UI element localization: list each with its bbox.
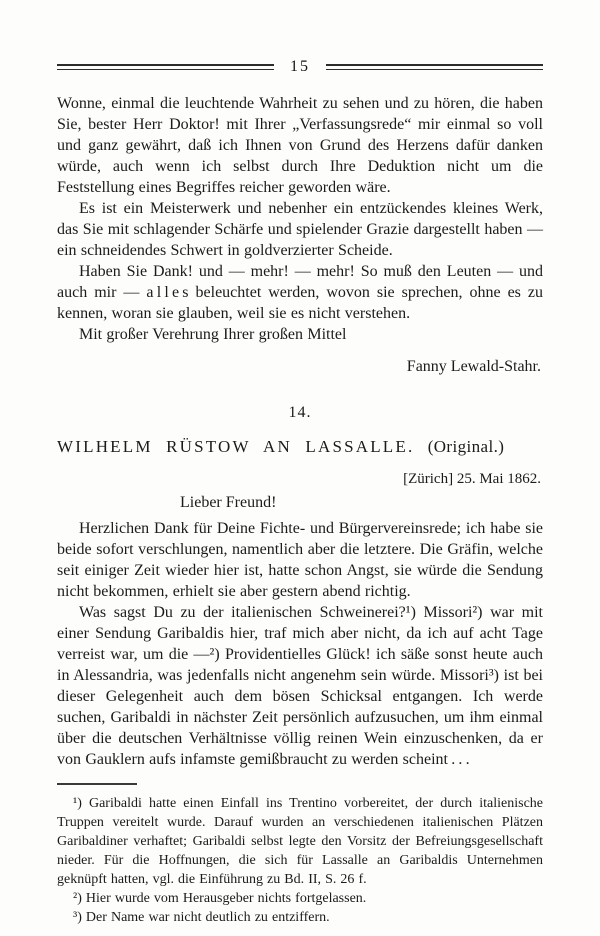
closing-line: Mit großer Verehrung Ihrer großen Mittel [57,324,543,345]
letter-prev-body: Wonne, einmal die leuchtende Wahrheit zu… [57,93,543,377]
page-number: 15 [274,58,326,76]
dateline: [Zürich] 25. Mai 1862. [57,469,543,489]
paragraph: Es ist ein Meisterwerk und nebenher ein … [57,198,543,261]
header-rule-right [326,64,543,70]
salutation: Lieber Freund! [57,492,543,513]
paragraph: Herzlichen Dank für Deine Fichte- und Bü… [57,518,543,602]
paragraph: Haben Sie Dank! und — mehr! — mehr! So m… [57,261,543,324]
letter-number: 14. [57,403,543,423]
letter-title-suffix: (Original.) [428,437,505,456]
letter-14-body: Herzlichen Dank für Deine Fichte- und Bü… [57,518,543,770]
book-page: 15 Wonne, einmal die leuchtende Wahrheit… [0,0,600,936]
footnote-2: ²) Hier wurde vom Herausgeber nichts for… [57,889,543,908]
footnote-3: ³) Der Name war nicht deutlich zu entzif… [57,908,543,927]
signature: Fanny Lewald-Stahr. [57,356,543,377]
header-rule-left [57,64,274,70]
paragraph: Was sagst Du zu der italienischen Schwei… [57,602,543,770]
page-header: 15 [57,58,543,76]
letter-title-caps: WILHELM RÜSTOW AN LASSALLE. [57,437,414,456]
footnote-separator-rule [57,783,137,785]
letter-title: WILHELM RÜSTOW AN LASSALLE. (Original.) [57,436,543,458]
footnote-1: ¹) Garibaldi hatte einen Einfall ins Tre… [57,794,543,889]
footnote-block: ¹) Garibaldi hatte einen Einfall ins Tre… [57,794,543,927]
paragraph: Wonne, einmal die leuchtende Wahrheit zu… [57,93,543,198]
